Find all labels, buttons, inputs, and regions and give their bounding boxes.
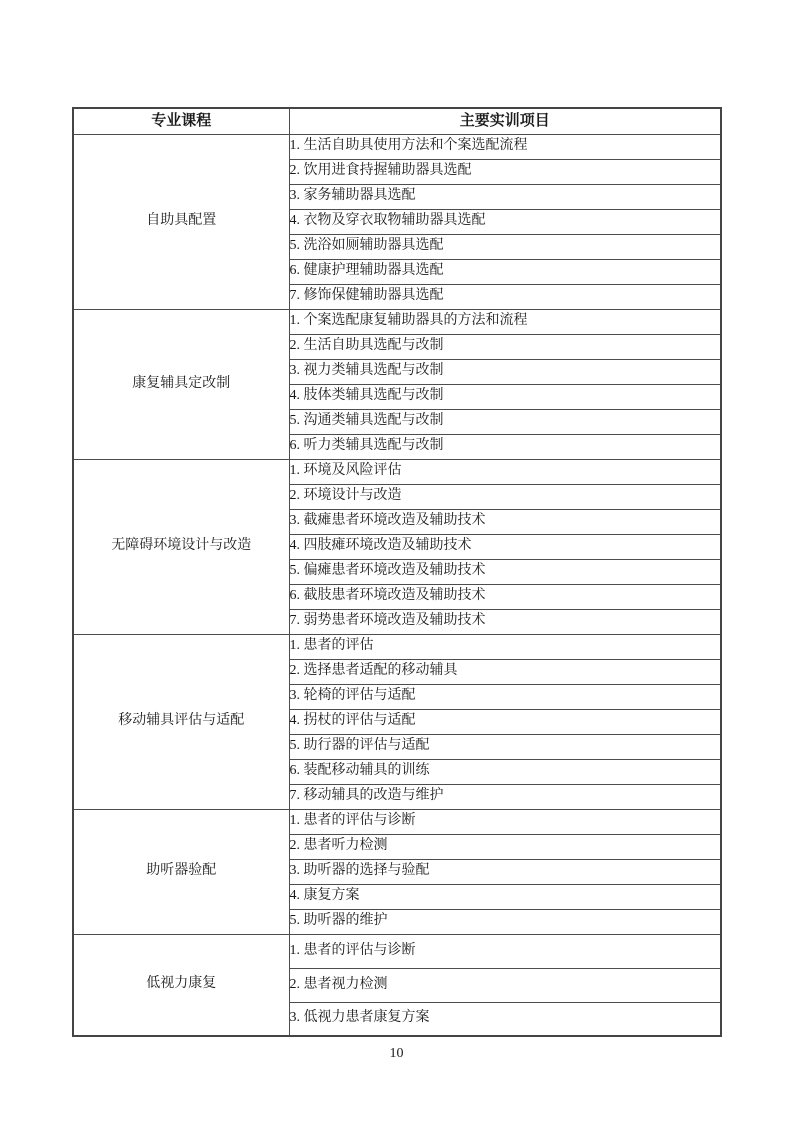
item-cell: 2. 患者听力检测 (289, 834, 721, 859)
course-cell: 自助具配置 (73, 134, 289, 309)
item-cell: 2. 患者视力检测 (289, 968, 721, 1002)
item-cell: 5. 偏瘫患者环境改造及辅助技术 (289, 559, 721, 584)
item-cell: 4. 肢体类辅具选配与改制 (289, 384, 721, 409)
item-cell: 4. 衣物及穿衣取物辅助器具选配 (289, 209, 721, 234)
item-cell: 3. 家务辅助器具选配 (289, 184, 721, 209)
table-body: 自助具配置1. 生活自助具使用方法和个案选配流程2. 饮用进食持握辅助器具选配3… (73, 134, 721, 1036)
item-cell: 3. 轮椅的评估与适配 (289, 684, 721, 709)
table-row: 移动辅具评估与适配1. 患者的评估 (73, 634, 721, 659)
item-cell: 6. 健康护理辅助器具选配 (289, 259, 721, 284)
item-cell: 7. 移动辅具的改造与维护 (289, 784, 721, 809)
table-row: 低视力康复1. 患者的评估与诊断 (73, 934, 721, 968)
table-header-row: 专业课程 主要实训项目 (73, 108, 721, 134)
page-number: 10 (0, 1046, 793, 1062)
course-cell: 无障碍环境设计与改造 (73, 459, 289, 634)
column-header-projects: 主要实训项目 (289, 108, 721, 134)
item-cell: 1. 个案选配康复辅助器具的方法和流程 (289, 309, 721, 334)
course-cell: 低视力康复 (73, 934, 289, 1036)
course-cell: 移动辅具评估与适配 (73, 634, 289, 809)
item-cell: 4. 拐杖的评估与适配 (289, 709, 721, 734)
table-row: 自助具配置1. 生活自助具使用方法和个案选配流程 (73, 134, 721, 159)
item-cell: 5. 沟通类辅具选配与改制 (289, 409, 721, 434)
item-cell: 2. 环境设计与改造 (289, 484, 721, 509)
item-cell: 3. 视力类辅具选配与改制 (289, 359, 721, 384)
item-cell: 1. 生活自助具使用方法和个案选配流程 (289, 134, 721, 159)
item-cell: 1. 环境及风险评估 (289, 459, 721, 484)
course-cell: 康复辅具定改制 (73, 309, 289, 459)
item-cell: 2. 生活自助具选配与改制 (289, 334, 721, 359)
training-projects-table: 专业课程 主要实训项目 自助具配置1. 生活自助具使用方法和个案选配流程2. 饮… (72, 107, 722, 1037)
item-cell: 6. 听力类辅具选配与改制 (289, 434, 721, 459)
table-head: 专业课程 主要实训项目 (73, 108, 721, 134)
item-cell: 3. 截瘫患者环境改造及辅助技术 (289, 509, 721, 534)
item-cell: 4. 康复方案 (289, 884, 721, 909)
item-cell: 7. 弱势患者环境改造及辅助技术 (289, 609, 721, 634)
item-cell: 2. 选择患者适配的移动辅具 (289, 659, 721, 684)
item-cell: 1. 患者的评估与诊断 (289, 809, 721, 834)
item-cell: 5. 助听器的维护 (289, 909, 721, 934)
document-page: 专业课程 主要实训项目 自助具配置1. 生活自助具使用方法和个案选配流程2. 饮… (0, 0, 793, 1122)
table-row: 无障碍环境设计与改造1. 环境及风险评估 (73, 459, 721, 484)
item-cell: 2. 饮用进食持握辅助器具选配 (289, 159, 721, 184)
item-cell: 5. 助行器的评估与适配 (289, 734, 721, 759)
column-header-course: 专业课程 (73, 108, 289, 134)
item-cell: 6. 装配移动辅具的训练 (289, 759, 721, 784)
item-cell: 4. 四肢瘫环境改造及辅助技术 (289, 534, 721, 559)
item-cell: 6. 截肢患者环境改造及辅助技术 (289, 584, 721, 609)
course-cell: 助听器验配 (73, 809, 289, 934)
item-cell: 7. 修饰保健辅助器具选配 (289, 284, 721, 309)
item-cell: 3. 助听器的选择与验配 (289, 859, 721, 884)
item-cell: 3. 低视力患者康复方案 (289, 1002, 721, 1036)
item-cell: 5. 洗浴如厕辅助器具选配 (289, 234, 721, 259)
table-row: 康复辅具定改制1. 个案选配康复辅助器具的方法和流程 (73, 309, 721, 334)
item-cell: 1. 患者的评估 (289, 634, 721, 659)
item-cell: 1. 患者的评估与诊断 (289, 934, 721, 968)
table-row: 助听器验配1. 患者的评估与诊断 (73, 809, 721, 834)
